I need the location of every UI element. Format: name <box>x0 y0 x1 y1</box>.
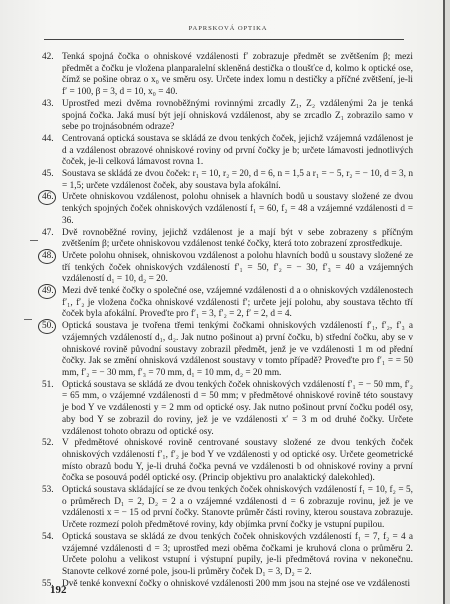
problem-text: Optická soustava skládající se ze dvou t… <box>62 485 413 532</box>
problem-number: 42. <box>42 52 62 99</box>
problem-number: 54. <box>42 532 62 579</box>
problem-52: 52. V předmětové ohniskové rovině centro… <box>42 438 413 485</box>
book-page: PAPRSKOVÁ OPTIKA 42. Tenká spojná čočka … <box>0 0 443 604</box>
problem-number: 53. <box>42 485 62 532</box>
problem-list: 42. Tenká spojná čočka o ohniskové vzdál… <box>42 52 413 590</box>
problem-54: 54. Optická soustava se skládá ze dvou t… <box>42 532 413 579</box>
problem-49: 49. Mezi dvě tenké čočky o společné ose,… <box>42 286 413 321</box>
problem-text: Dvě tenké konvexní čočky o ohniskové vzd… <box>62 579 413 591</box>
problem-text: Určete polohu ohnisek, ohniskovou vzdále… <box>62 251 413 286</box>
page-edge <box>445 0 450 604</box>
problem-text: Dvě rovnoběžné roviny, jejichž vzdálenos… <box>62 228 413 251</box>
problem-number: 43. <box>42 99 62 134</box>
problem-43: 43. Uprostřed mezi dvěma rovnoběžnými ro… <box>42 99 413 134</box>
circled-problem-number: 50. <box>42 321 62 380</box>
problem-number: 44. <box>42 134 62 169</box>
header-rule <box>44 39 404 40</box>
problem-45: 45. Soustava se skládá ze dvou čoček: r₁… <box>42 169 413 192</box>
margin-pencil-mark <box>24 319 32 320</box>
margin-pencil-mark <box>30 240 38 241</box>
problem-text: Určete ohniskovou vzdálenost, polohu ohn… <box>62 192 413 227</box>
circled-problem-number: 49. <box>42 286 62 321</box>
problem-text: Soustava se skládá ze dvou čoček: r₁ = 1… <box>62 169 413 192</box>
problem-47: 47. Dvě rovnoběžné roviny, jejichž vzdál… <box>42 228 413 251</box>
problem-51: 51. Optická soustava se skládá ze dvou t… <box>42 380 413 439</box>
problem-text: V předmětové ohniskové rovině centrované… <box>62 438 413 485</box>
problem-number: 51. <box>42 380 62 439</box>
problem-text: Uprostřed mezi dvěma rovnoběžnými rovinn… <box>62 99 413 134</box>
circled-problem-number: 48. <box>42 251 62 286</box>
problem-text: Tenká spojná čočka o ohniskové vzdálenos… <box>62 52 413 99</box>
problem-text: Mezi dvě tenké čočky o společné ose, vzá… <box>62 286 413 321</box>
problem-text: Optická soustava se skládá ze dvou tenký… <box>62 380 413 439</box>
problem-number: 45. <box>42 169 62 192</box>
problem-number: 52. <box>42 438 62 485</box>
problem-44: 44. Centrovaná optická soustava se sklád… <box>42 134 413 169</box>
problem-50: 50. Optická soustava je tvořena třemi te… <box>42 321 413 380</box>
problem-42: 42. Tenká spojná čočka o ohniskové vzdál… <box>42 52 413 99</box>
running-head: PAPRSKOVÁ OPTIKA <box>44 25 412 32</box>
problem-48: 48. Určete polohu ohnisek, ohniskovou vz… <box>42 251 413 286</box>
problem-text: Optická soustava se skládá ze dvou tenký… <box>62 532 413 579</box>
problem-text: Centrovaná optická soustava se skládá ze… <box>62 134 413 169</box>
problem-number: 47. <box>42 228 62 251</box>
problem-55: 55. Dvě tenké konvexní čočky o ohniskové… <box>42 579 413 591</box>
problem-53: 53. Optická soustava skládající se ze dv… <box>42 485 413 532</box>
problem-46: 46. Určete ohniskovou vzdálenost, polohu… <box>42 192 413 227</box>
circled-problem-number: 46. <box>42 192 62 227</box>
problem-text: Optická soustava je tvořena třemi tenkým… <box>62 321 413 380</box>
